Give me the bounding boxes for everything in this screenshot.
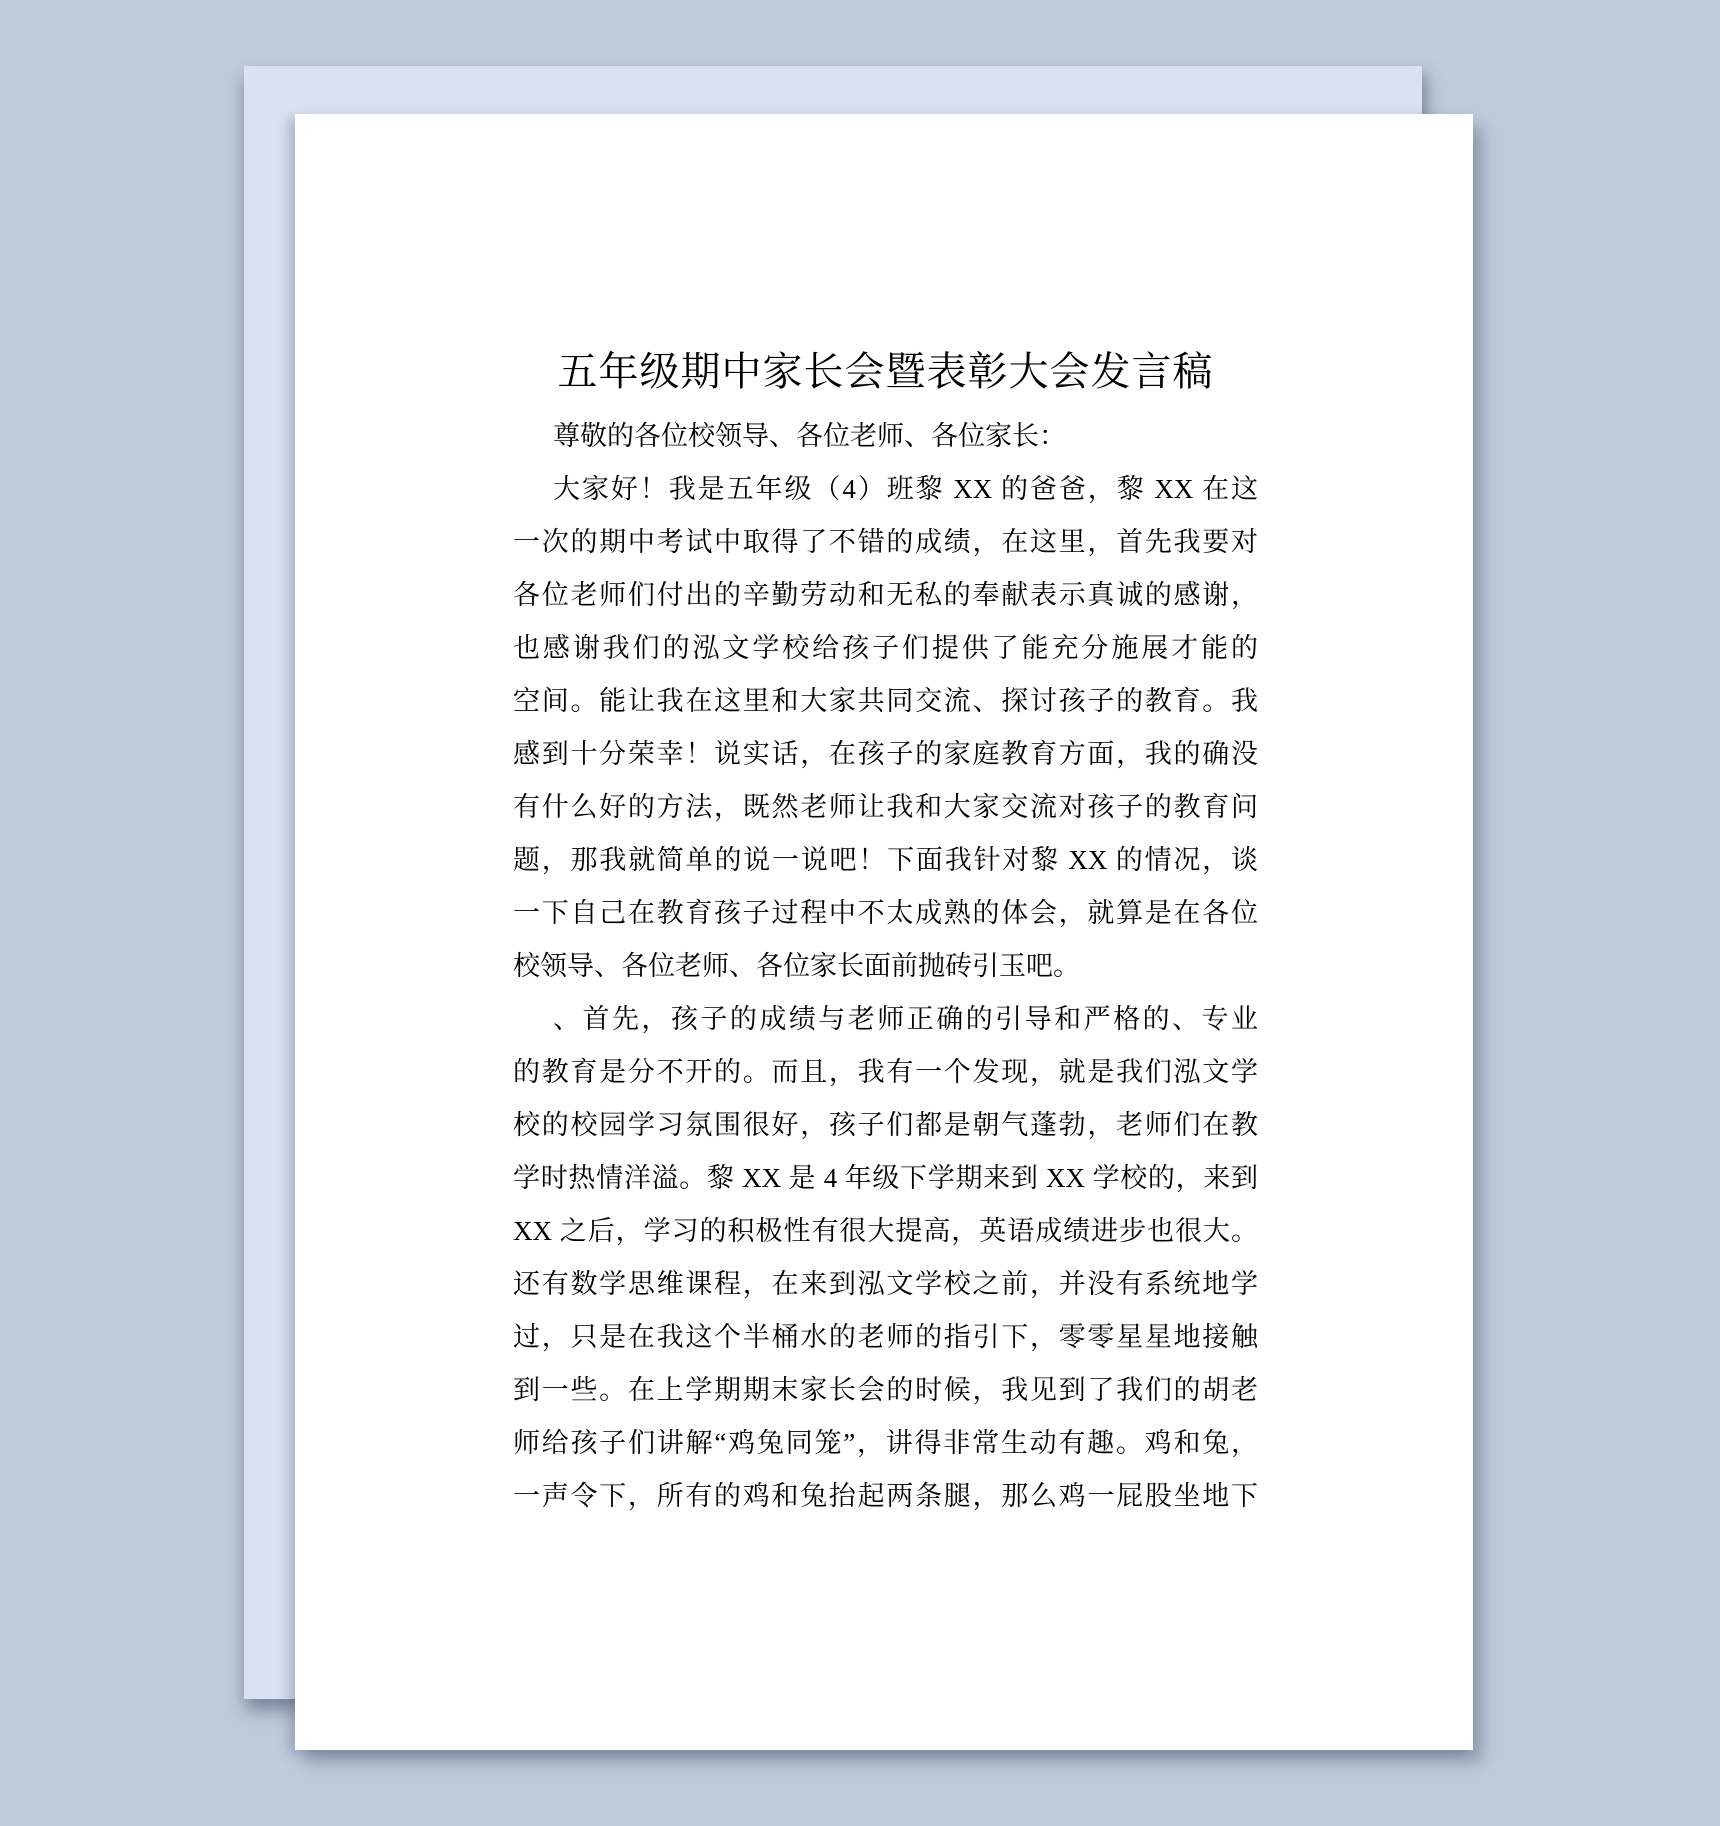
document-preview-background: 五年级期中家长会暨表彰大会发言稿 尊敬的各位校领导、各位老师、各位家长：大家好！…: [0, 0, 1720, 1826]
text-line: 校的校园学习氛围很好，孩子们都是朝气蓬勃，老师们在教: [513, 1099, 1258, 1152]
text-line: 的教育是分不开的。而且，我有一个发现，就是我们泓文学: [513, 1046, 1258, 1099]
text-line: 题，那我就简单的说一说吧！下面我针对黎 XX 的情况，谈: [513, 834, 1258, 887]
text-line: 大家好！我是五年级（4）班黎 XX 的爸爸，黎 XX 在这: [513, 463, 1258, 516]
text-line: 过，只是在我这个半桶水的老师的指引下，零零星星地接触: [513, 1311, 1258, 1364]
document-page: 五年级期中家长会暨表彰大会发言稿 尊敬的各位校领导、各位老师、各位家长：大家好！…: [295, 114, 1473, 1750]
text-line: 还有数学思维课程，在来到泓文学校之前，并没有系统地学: [513, 1258, 1258, 1311]
text-line: 尊敬的各位校领导、各位老师、各位家长：: [513, 410, 1258, 463]
text-line: 也感谢我们的泓文学校给孩子们提供了能充分施展才能的: [513, 622, 1258, 675]
document-title: 五年级期中家长会暨表彰大会发言稿: [295, 342, 1473, 402]
text-line: 一声令下，所有的鸡和兔抬起两条腿，那么鸡一屁股坐地下: [513, 1470, 1258, 1523]
text-line: 各位老师们付出的辛勤劳动和无私的奉献表示真诚的感谢，: [513, 569, 1258, 622]
text-line: 师给孩子们讲解“鸡兔同笼”，讲得非常生动有趣。鸡和兔，: [513, 1417, 1258, 1470]
document-body: 尊敬的各位校领导、各位老师、各位家长：大家好！我是五年级（4）班黎 XX 的爸爸…: [295, 410, 1473, 1523]
text-line: 、首先，孩子的成绩与老师正确的引导和严格的、专业: [513, 993, 1258, 1046]
text-line: 有什么好的方法，既然老师让我和大家交流对孩子的教育问: [513, 781, 1258, 834]
text-line: 一下自己在教育孩子过程中不太成熟的体会，就算是在各位: [513, 887, 1258, 940]
text-line: 学时热情洋溢。黎 XX 是 4 年级下学期来到 XX 学校的，来到: [513, 1152, 1258, 1205]
text-line: 校领导、各位老师、各位家长面前抛砖引玉吧。: [513, 940, 1258, 993]
text-line: 一次的期中考试中取得了不错的成绩，在这里，首先我要对: [513, 516, 1258, 569]
text-line: 到一些。在上学期期末家长会的时候，我见到了我们的胡老: [513, 1364, 1258, 1417]
text-line: 感到十分荣幸！说实话，在孩子的家庭教育方面，我的确没: [513, 728, 1258, 781]
text-line: 空间。能让我在这里和大家共同交流、探讨孩子的教育。我: [513, 675, 1258, 728]
text-line: XX 之后，学习的积极性有很大提高，英语成绩进步也很大。: [513, 1205, 1258, 1258]
